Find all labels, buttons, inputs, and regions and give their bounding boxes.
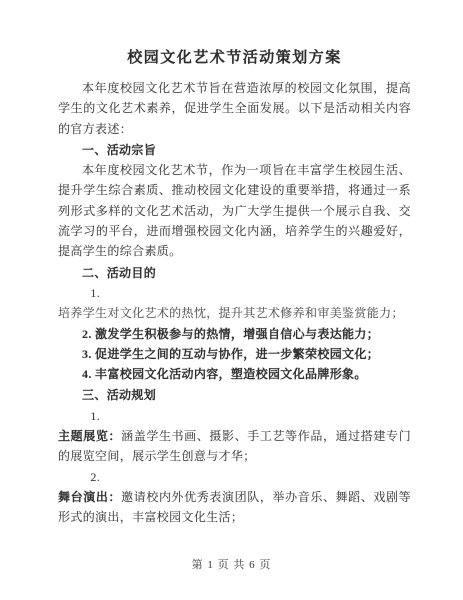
document-content: 校园文化艺术节活动策划方案 本年度校园文化艺术节旨在营造浓厚的校园文化氛围，提高… xyxy=(58,47,411,528)
purpose-paragraph: 本年度校园文化艺术节，作为一项旨在丰富学生校园生活、提升学生综合素质、推动校园文… xyxy=(58,160,411,261)
goals-item-1-number: 1. xyxy=(58,283,411,303)
section-heading-purpose: 一、活动宗旨 xyxy=(58,140,411,160)
planning-item-1-number: 1. xyxy=(58,406,411,426)
planning-item-1: 主题展览：涵盖学生书画、摄影、手工艺等作品，通过搭建专门的展览空间，展示学生创意… xyxy=(58,426,411,467)
section-heading-planning: 三、活动规划 xyxy=(58,385,411,405)
document-page: 校园文化艺术节活动策划方案 本年度校园文化艺术节旨在营造浓厚的校园文化氛围，提高… xyxy=(0,0,463,600)
planning-item-2-number: 2. xyxy=(58,467,411,487)
goals-item-2: 2. 激发学生积极参与的热情，增强自信心与表达能力； xyxy=(58,324,411,344)
section-heading-goals: 二、活动目的 xyxy=(58,263,411,283)
intro-paragraph: 本年度校园文化艺术节旨在营造浓厚的校园文化氛围，提高学生的文化艺术素养，促进学生… xyxy=(58,78,411,139)
planning-item-1-label: 主题展览： xyxy=(58,429,121,443)
goals-item-4: 4. 丰富校园文化活动内容，塑造校园文化品牌形象。 xyxy=(58,364,411,384)
planning-item-2: 舞台演出：邀请校内外优秀表演团队，举办音乐、舞蹈、戏剧等形式的演出，丰富校园文化… xyxy=(58,487,411,528)
goals-item-1-text: 培养学生对文化艺术的热忱，提升其艺术修养和审美鉴赏能力； xyxy=(58,303,411,323)
planning-item-2-label: 舞台演出： xyxy=(58,490,121,504)
goals-item-3: 3. 促进学生之间的互动与协作，进一步繁荣校园文化； xyxy=(58,344,411,364)
document-title: 校园文化艺术节活动策划方案 xyxy=(58,47,411,69)
page-number-footer: 第 1 页 共 6 页 xyxy=(0,556,463,572)
